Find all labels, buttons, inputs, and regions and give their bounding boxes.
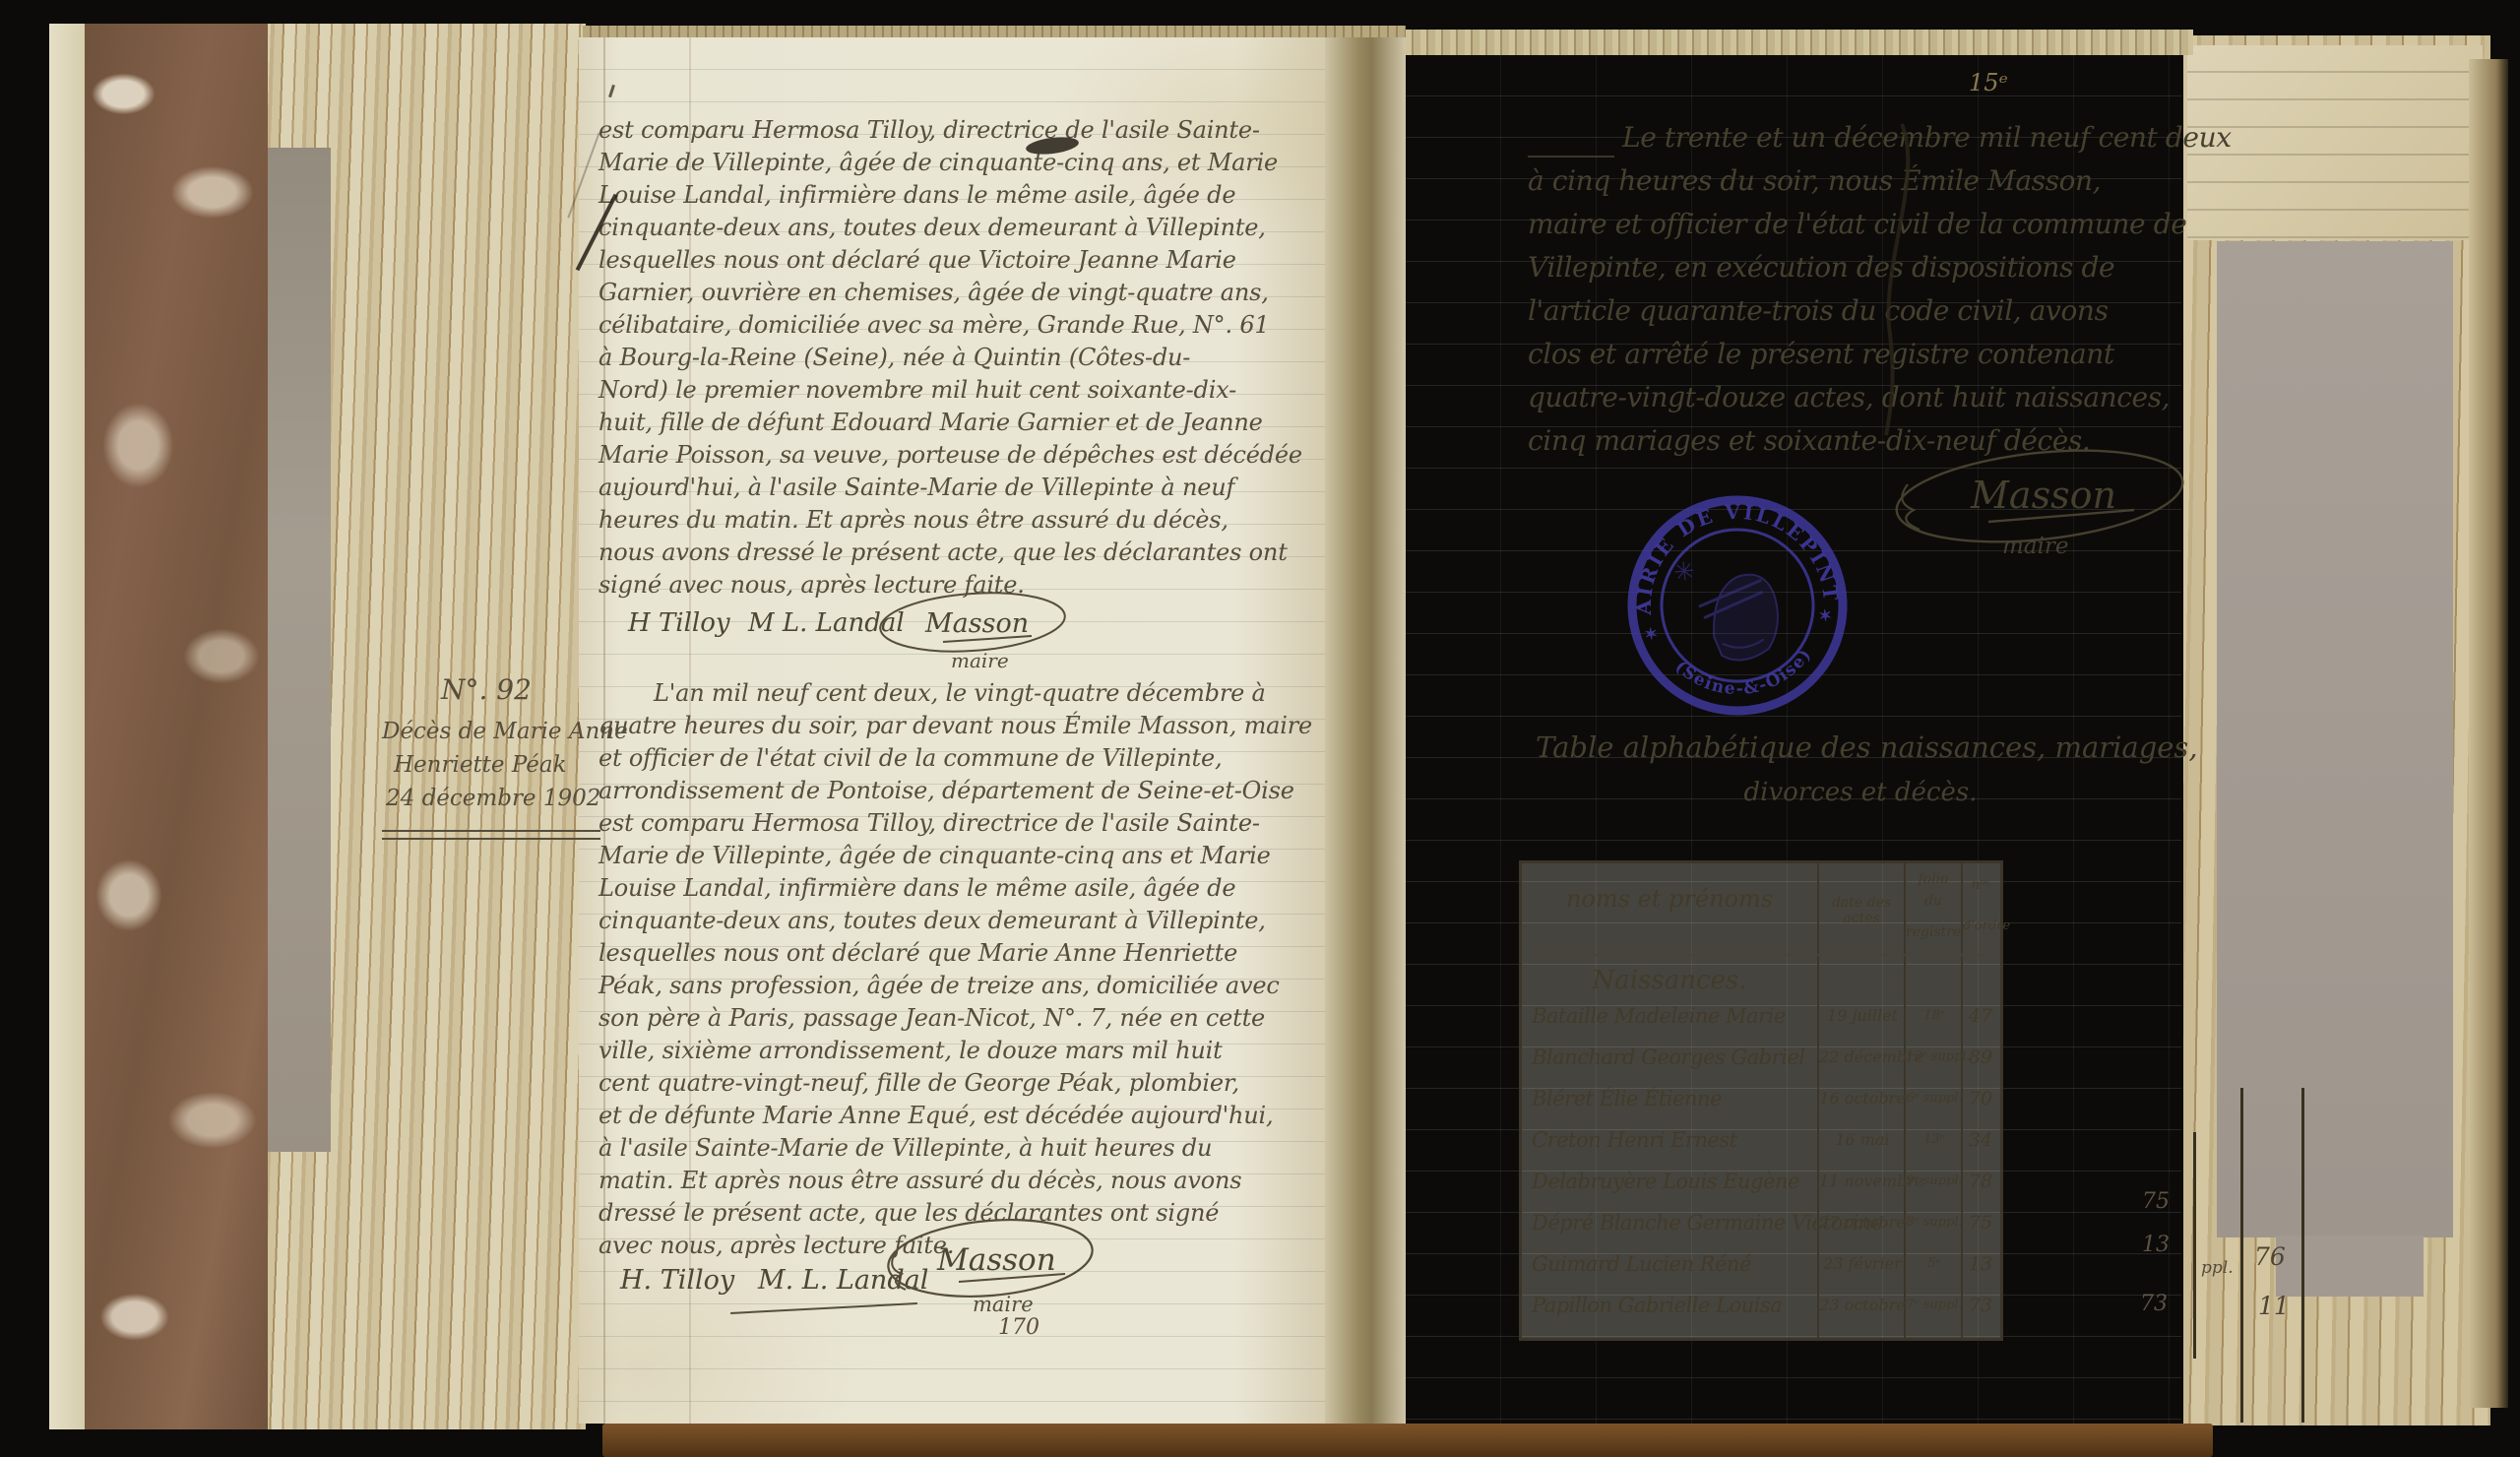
grey-bookmark-card-corner bbox=[2276, 1235, 2424, 1297]
column-header-order: d'ordre bbox=[1963, 919, 1998, 933]
column-header-folio: du bbox=[1906, 893, 1961, 909]
text-line: heures du matin. Et après nous être assu… bbox=[598, 504, 1302, 537]
text-line: arrondissement de Pontoise, département … bbox=[598, 775, 1302, 807]
text-line: Louise Landal, infirmière dans le même a… bbox=[598, 872, 1302, 905]
section-heading-naissances: Naissances. bbox=[1522, 966, 1817, 995]
header-rule bbox=[1530, 954, 1992, 956]
cell-folio: 6ᵉ suppl. bbox=[1906, 1078, 1963, 1119]
cell-date: 27 octobre bbox=[1819, 1202, 1906, 1243]
margin-note-line: 24 décembre 1902 bbox=[386, 786, 600, 811]
text-line: Louise Landal, infirmière dans le même a… bbox=[598, 179, 1302, 212]
text-line: matin. Et après nous être assuré du décè… bbox=[598, 1165, 1302, 1197]
book-gutter bbox=[1325, 37, 1406, 1425]
signature-masson-oval: Masson maire bbox=[1886, 439, 2191, 567]
text-line: Marie de Villepinte, âgée de cinquante-c… bbox=[598, 840, 1302, 872]
signature-masson: Masson bbox=[924, 608, 1029, 639]
pen-flourish bbox=[1851, 118, 1939, 443]
table-row: Guimard Lucien Réné 23 février 5ᵉ 13 bbox=[1522, 1243, 2000, 1285]
cell-folio: 9ᵉ suppl. bbox=[1906, 1161, 1963, 1202]
alphabetical-index-table: noms et prénoms date des actes folio du … bbox=[1519, 860, 2003, 1341]
text-line: et de défunte Marie Anne Equé, est décéd… bbox=[598, 1100, 1302, 1132]
cell-date: 23 février bbox=[1819, 1243, 1906, 1285]
book-top-edge-gilt bbox=[1406, 30, 2193, 55]
death-record-continuation: est comparu Hermosa Tilloy, directrice d… bbox=[598, 114, 1302, 602]
signature-masson: Masson bbox=[936, 1242, 1056, 1278]
edge-table-rule bbox=[2240, 1088, 2243, 1423]
svg-text:✳: ✳ bbox=[1672, 556, 1697, 588]
cell-num: 13 bbox=[1963, 1243, 1998, 1285]
marbled-cover-paper bbox=[83, 24, 268, 1429]
cell-name: Bataille Madeleine Marie bbox=[1532, 995, 1786, 1037]
column-header-folio: registre bbox=[1906, 924, 1961, 940]
cell-num: 70 bbox=[1963, 1078, 1998, 1119]
table-row: Dépré Blanche Germaine Victorine 27 octo… bbox=[1522, 1202, 2000, 1243]
table-title-line2: divorces et décès. bbox=[1536, 778, 2185, 807]
cell-name: Creton Henri Ernest bbox=[1532, 1119, 1737, 1161]
cell-date: 16 octobre bbox=[1819, 1078, 1906, 1119]
signature-title-maire: maire bbox=[2002, 534, 2068, 559]
death-record-92: L'an mil neuf cent deux, le vingt-quatre… bbox=[598, 677, 1302, 1262]
cell-num: 78 bbox=[1963, 1161, 1998, 1202]
cell-num: 73 bbox=[1963, 1285, 1998, 1326]
cell-date: 23 octobre bbox=[1819, 1285, 1906, 1326]
page-number: 15ᵉ bbox=[1969, 69, 2008, 96]
text-line: huit, fille de défunt Edouard Marie Garn… bbox=[598, 407, 1302, 439]
text-line: cent quatre-vingt-neuf, fille de George … bbox=[598, 1067, 1302, 1100]
cell-date: 22 décembre bbox=[1819, 1037, 1906, 1078]
stamp-marianne-figure: ✳ bbox=[1672, 548, 1783, 665]
cell-name: Bléret Élie Étienne bbox=[1532, 1078, 1722, 1119]
column-header-names: noms et prénoms bbox=[1522, 885, 1817, 913]
column-header-date: date des actes bbox=[1819, 895, 1904, 926]
text-line: lesquelles nous ont déclaré que Marie An… bbox=[598, 937, 1302, 970]
cell-folio: 13ᵉ bbox=[1906, 1119, 1963, 1161]
text-line: Péak, sans profession, âgée de treize an… bbox=[598, 970, 1302, 1002]
corner-page-fragment bbox=[2187, 45, 2483, 240]
cell-num: 34 bbox=[1963, 1119, 1998, 1161]
margin-act-number: N°. 92 bbox=[441, 673, 532, 706]
text-line: cinquante-deux ans, toutes deux demeuran… bbox=[598, 905, 1302, 937]
edge-number-11: 11 bbox=[2258, 1292, 2290, 1320]
signature-masson: Masson bbox=[1970, 474, 2116, 517]
cell-folio: 13ᵉ suppl. bbox=[1906, 1037, 1963, 1078]
folio-number: 170 bbox=[998, 1315, 1039, 1340]
text-line: cinquante-deux ans, toutes deux demeuran… bbox=[598, 212, 1302, 244]
edge-suppl-label: ppl. bbox=[2201, 1258, 2234, 1278]
text-line: est comparu Hermosa Tilloy, directrice d… bbox=[598, 114, 1302, 147]
text-line: ville, sixième arrondissement, le douze … bbox=[598, 1035, 1302, 1067]
right-cover-edge bbox=[2469, 59, 2508, 1408]
margin-note-underline bbox=[382, 830, 600, 840]
text-line: Marie de Villepinte, âgée de cinquante-c… bbox=[598, 147, 1302, 179]
signature-title-maire: maire bbox=[951, 649, 1009, 672]
edge-table-rule bbox=[2193, 1132, 2196, 1359]
text-line: et officier de l'état civil de la commun… bbox=[598, 742, 1302, 775]
text-line: Nord) le premier novembre mil huit cent … bbox=[598, 374, 1302, 407]
cell-folio: 8ᵉ suppl. bbox=[1906, 1202, 1963, 1243]
text-line: est comparu Hermosa Tilloy, directrice d… bbox=[598, 807, 1302, 840]
table-row: Delabruyère Louis Eugène 11 novembre 9ᵉ … bbox=[1522, 1161, 2000, 1202]
signature-tilloy: H. Tilloy bbox=[620, 1265, 734, 1296]
edge-table-rule bbox=[2301, 1088, 2304, 1423]
cell-name: Papillon Gabrielle Louisa bbox=[1532, 1285, 1782, 1326]
table-row: Bataille Madeleine Marie 19 juillet 18ᵉ … bbox=[1522, 995, 2000, 1037]
text-line: son père à Paris, passage Jean-Nicot, N°… bbox=[598, 1002, 1302, 1035]
margin-note-line: Décès de Marie Anne bbox=[382, 719, 628, 744]
cell-folio: 5ᵉ bbox=[1906, 1243, 1963, 1285]
cell-num: 47 bbox=[1963, 995, 1998, 1037]
grey-divider-card bbox=[268, 148, 331, 1152]
cell-name: Guimard Lucien Réné bbox=[1532, 1243, 1751, 1285]
cell-folio: 18ᵉ bbox=[1906, 995, 1963, 1037]
cell-date: 19 juillet bbox=[1819, 995, 1906, 1037]
registry-book-photo: 75 13 73 ppl. 76 11 est comparu Hermosa … bbox=[0, 0, 2520, 1457]
cell-folio: 7ᵉ suppl. bbox=[1906, 1285, 1963, 1326]
column-header-order: nᵒˢ bbox=[1963, 877, 1998, 893]
cell-num: 89 bbox=[1963, 1037, 1998, 1078]
grey-bookmark-card bbox=[2217, 241, 2453, 1237]
text-line: à l'asile Sainte-Marie de Villepinte, à … bbox=[598, 1132, 1302, 1165]
table-row: Papillon Gabrielle Louisa 23 octobre 7ᵉ … bbox=[1522, 1285, 2000, 1326]
cell-name: Delabruyère Louis Eugène bbox=[1532, 1161, 1799, 1202]
table-title-line1: Table alphabétique des naissances, maria… bbox=[1536, 730, 2185, 764]
cell-date: 11 novembre bbox=[1819, 1161, 1906, 1202]
text-line: à Bourg-la-Reine (Seine), née à Quintin … bbox=[598, 342, 1302, 374]
cell-num: 75 bbox=[1963, 1202, 1998, 1243]
cell-name: Blanchard Georges Gabriel bbox=[1532, 1037, 1805, 1078]
villepinte-mairie-stamp: MAIRIE DE VILLEPINTE (Seine-&-Oise) ✶ ✶ … bbox=[1605, 473, 1870, 738]
table-row: Blanchard Georges Gabriel 22 décembre 13… bbox=[1522, 1037, 2000, 1078]
text-line: aujourd'hui, à l'asile Sainte-Marie de V… bbox=[598, 472, 1302, 504]
text-line: Marie Poisson, sa veuve, porteuse de dép… bbox=[598, 439, 1302, 472]
signature-title-maire: maire bbox=[973, 1293, 1034, 1316]
stamp-star-left-icon: ✶ bbox=[1644, 624, 1659, 644]
edge-number-76: 76 bbox=[2254, 1242, 2286, 1271]
signature-tilloy: H Tilloy bbox=[628, 608, 730, 638]
text-line: quatre heures du soir, par devant nous É… bbox=[598, 710, 1302, 742]
column-header-folio: folio bbox=[1906, 871, 1961, 887]
cell-date: 16 mai bbox=[1819, 1119, 1906, 1161]
text-line: L'an mil neuf cent deux, le vingt-quatre… bbox=[598, 677, 1302, 710]
text-line: célibataire, domiciliée avec sa mère, Gr… bbox=[598, 309, 1302, 342]
table-row: Bléret Élie Étienne 16 octobre 6ᵉ suppl.… bbox=[1522, 1078, 2000, 1119]
signature-masson-oval: Masson maire bbox=[882, 1213, 1099, 1321]
stamp-star-right-icon: ✶ bbox=[1818, 605, 1833, 625]
text-line: lesquelles nous ont déclaré que Victoire… bbox=[598, 244, 1302, 277]
table-row: Creton Henri Ernest 16 mai 13ᵉ 34 bbox=[1522, 1119, 2000, 1161]
cover-edge bbox=[49, 24, 85, 1429]
text-line: nous avons dressé le présent acte, que l… bbox=[598, 537, 1302, 569]
text-line: Garnier, ouvrière en chemises, âgée de v… bbox=[598, 277, 1302, 309]
signature-masson-oval: Masson maire bbox=[874, 587, 1071, 675]
margin-note-line: Henriette Péak bbox=[394, 752, 567, 778]
table-wood-edge bbox=[602, 1424, 2213, 1457]
